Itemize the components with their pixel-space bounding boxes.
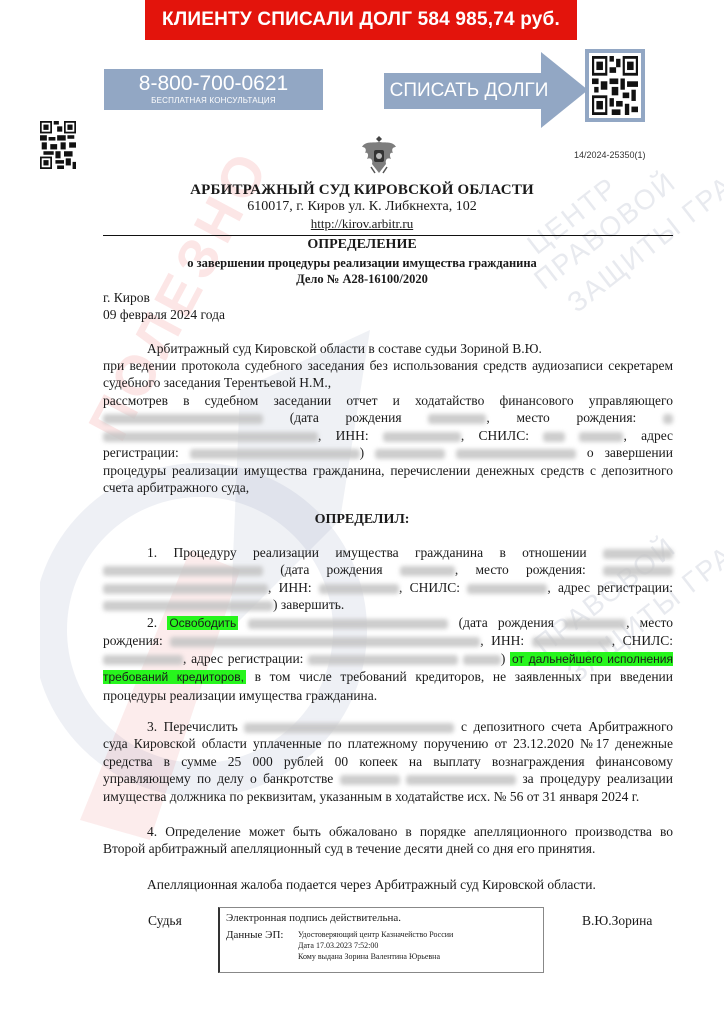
qr-code-icon: [592, 56, 638, 115]
redacted-name: [248, 619, 448, 629]
cta-arrow-button[interactable]: СПИСАТЬ ДОЛГИ: [384, 52, 588, 128]
judge-name: В.Ю.Зорина: [582, 913, 652, 929]
redacted-birthplace: [103, 584, 268, 594]
redacted-manager-name: [375, 449, 445, 459]
redacted-inn: [319, 584, 399, 594]
header-divider: [103, 235, 673, 236]
document-date: 09 февраля 2024 года: [103, 307, 225, 323]
redacted-manager-name: [456, 449, 576, 459]
case-number: Дело № А28-16100/2020: [0, 272, 724, 287]
cta-label: СПИСАТЬ ДОЛГИ: [384, 74, 554, 108]
ruling-item-4: 4. Определение может быть обжаловано в п…: [103, 823, 673, 858]
redacted-address: [103, 601, 273, 611]
item-text: 1. Процедуру реализации имущества гражда…: [147, 545, 587, 560]
redacted-name: [103, 566, 263, 576]
item-text: , СНИЛС:: [399, 580, 460, 595]
intro-text: рассмотрев в судебном заседании отчет и …: [103, 393, 673, 408]
redacted-name: [103, 414, 263, 424]
item-number: 2.: [147, 615, 157, 630]
redacted-birthdate: [428, 414, 486, 424]
document-id: 14/2024-25350(1): [574, 150, 646, 160]
intro-text: , ИНН:: [318, 428, 369, 443]
intro-text: , место рождения:: [486, 410, 636, 425]
phone-number: 8-800-700-0621: [104, 69, 323, 96]
phone-caption: БЕСПЛАТНАЯ КОНСУЛЬТАЦИЯ: [104, 96, 323, 106]
item-text: , место рождения:: [455, 562, 586, 577]
signature-issuer: Удостоверяющий центр Казначейство России: [298, 929, 453, 940]
court-name: АРБИТРАЖНЫЙ СУД КИРОВСКОЙ ОБЛАСТИ: [0, 182, 724, 199]
redacted-inn: [532, 637, 612, 647]
item-text: , ИНН:: [268, 580, 312, 595]
electronic-signature-stamp: Электронная подпись действительна. Данны…: [218, 907, 544, 973]
signature-date: Дата 17.03.2023 7:52:00: [298, 940, 453, 951]
document-subject: о завершении процедуры реализации имущес…: [0, 256, 724, 271]
intro-text: ): [360, 445, 365, 460]
ruling-item-3: 3. Перечислить с депозитного счета Арбит…: [103, 718, 673, 805]
signature-owner: Кому выдана Зорина Валентина Юрьевна: [298, 951, 453, 962]
item-text: ,: [547, 580, 550, 595]
intro-paragraph-3: рассмотрев в судебном заседании отчет и …: [103, 392, 673, 496]
court-address: 610017, г. Киров ул. К. Либкнехта, 102: [0, 199, 724, 215]
item-text: адрес регистрации:: [558, 580, 673, 595]
redacted-birthplace: [603, 566, 673, 576]
item-text: 3. Перечислить: [147, 719, 238, 734]
intro-paragraph-1: Арбитражный суд Кировской области в сост…: [103, 340, 673, 357]
signature-valid-text: Электронная подпись действительна.: [226, 911, 537, 926]
redacted-birthplace: [663, 414, 673, 424]
redacted-name: [340, 775, 400, 785]
redacted-birthdate: [564, 619, 626, 629]
ruling-item-1: 1. Процедуру реализации имущества гражда…: [103, 544, 673, 614]
coat-of-arms-emblem: [359, 133, 399, 177]
redacted-inn: [383, 432, 461, 442]
document-city: г. Киров: [103, 290, 150, 306]
redacted-birthplace: [170, 637, 480, 647]
judge-label: Судья: [148, 913, 182, 929]
ruling-heading: ОПРЕДЕЛИЛ:: [0, 512, 724, 528]
redacted-name: [406, 775, 516, 785]
qr-code-document: [40, 121, 76, 169]
redacted-address: [308, 655, 458, 665]
qr-code-promo[interactable]: [585, 49, 645, 122]
item-text: ) завершить.: [273, 597, 344, 612]
redacted-snils: [467, 584, 547, 594]
intro-text: (дата рождения: [290, 410, 402, 425]
item-text: (дата рождения: [459, 615, 554, 630]
item-text: , СНИЛС:: [612, 633, 673, 648]
redacted-birthplace: [103, 432, 318, 442]
highlight-release: Освободить: [167, 616, 238, 630]
appeal-note: Апелляционная жалоба подается через Арби…: [103, 876, 673, 893]
intro-paragraph-2: при ведении протокола судебного заседани…: [103, 357, 673, 392]
redacted-name: [603, 549, 673, 559]
qr-code-icon: [40, 121, 76, 169]
promo-banner[interactable]: КЛИЕНТУ СПИСАЛИ ДОЛГ 584 985,74 руб.: [145, 0, 577, 40]
item-text: ): [501, 651, 506, 666]
redacted-birthdate: [400, 566, 455, 576]
item-text: , адрес регистрации:: [183, 651, 303, 666]
redacted-manager-name: [244, 723, 454, 733]
redacted-snils: [543, 432, 565, 442]
redacted-address: [190, 449, 360, 459]
ruling-item-2: 2. Освободить (дата рождения , место рож…: [103, 614, 673, 704]
redacted-address: [463, 655, 501, 665]
redacted-snils: [103, 655, 183, 665]
phone-button[interactable]: 8-800-700-0621 БЕСПЛАТНАЯ КОНСУЛЬТАЦИЯ: [104, 69, 323, 110]
item-text: (дата рождения: [280, 562, 382, 577]
item-text: , ИНН:: [480, 633, 524, 648]
signature-data-label: Данные ЭП:: [226, 929, 298, 962]
redacted-snils: [579, 432, 623, 442]
intro-text: , СНИЛС:: [461, 428, 529, 443]
court-website-link[interactable]: http://kirov.arbitr.ru: [311, 216, 413, 231]
document-type: ОПРЕДЕЛЕНИЕ: [0, 237, 724, 253]
